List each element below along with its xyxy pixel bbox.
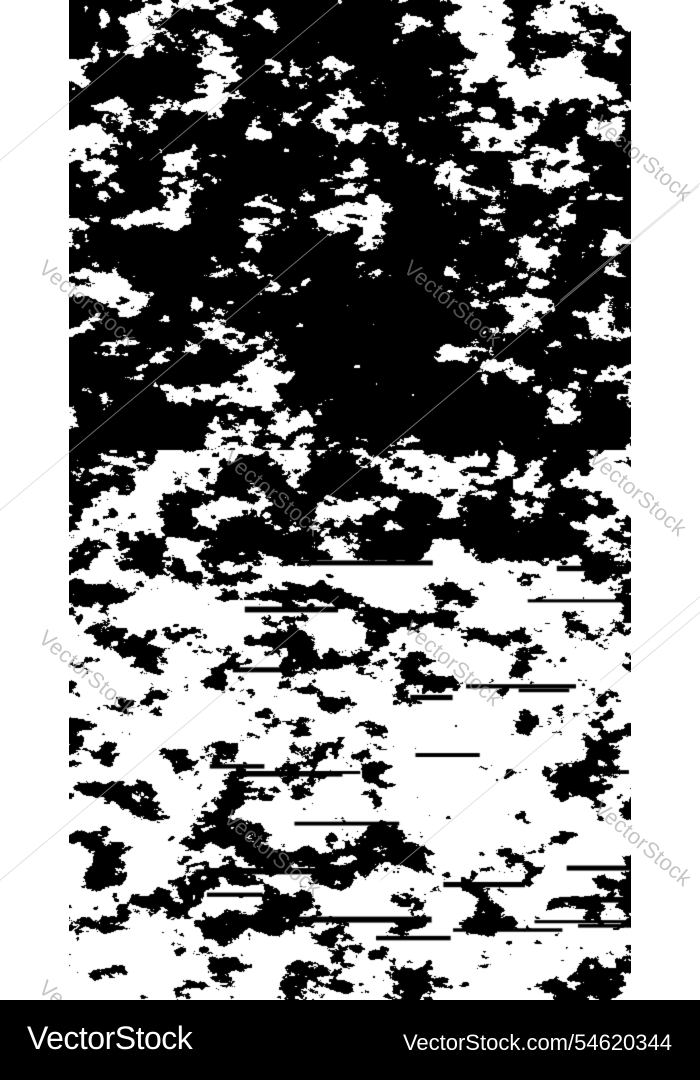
footer-brand-logo: VectorStock [27, 1020, 192, 1057]
texture-canvas [69, 0, 631, 1000]
image-stage: VectorStockVectorStockVectorStockVectorS… [0, 0, 700, 1000]
footer-bar: VectorStock VectorStock.com/54620344 [0, 1000, 700, 1080]
grunge-texture-artwork [69, 0, 631, 1000]
footer-image-reference: VectorStock.com/54620344 [403, 1030, 672, 1056]
